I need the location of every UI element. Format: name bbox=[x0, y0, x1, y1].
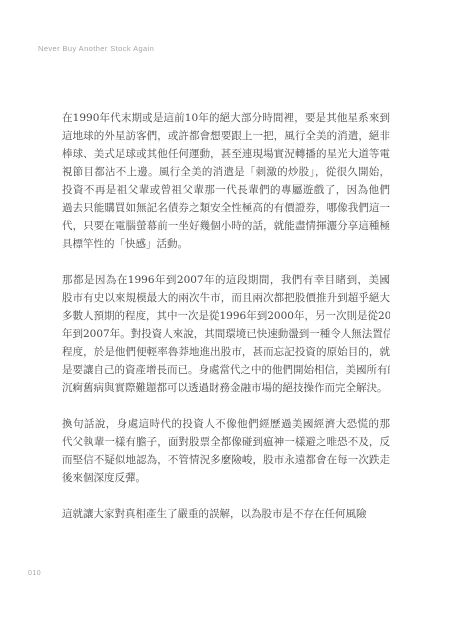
paragraph: 那都是因為在1996年到2007年的這段期間，我們有幸目睹到，美國股市有史以來規… bbox=[62, 271, 390, 397]
text-line: 股市有史以來規模最大的兩次牛市，而且兩次都把股價推升到超乎絕大 bbox=[62, 289, 390, 307]
text-line: 年到2007年。對投資人來說，其間環境已快速動盪到一種令人無法置信的 bbox=[62, 325, 390, 343]
text-line: 在1990年代末期或是這前10年的絕大部分時間裡，要是其他星系來到 bbox=[62, 109, 390, 127]
text-line: 棒球、美式足球或其他任何運動，甚至連現場實況轉播的星光大道等電 bbox=[62, 145, 390, 163]
body-text: 在1990年代末期或是這前10年的絕大部分時間裡，要是其他星系來到這地球的外星訪… bbox=[62, 109, 390, 541]
text-line: 多數人預期的程度，其中一次是從1996年到2000年，另一次則是從2003 bbox=[62, 307, 390, 325]
text-line: 投資不再是祖父輩或曾祖父輩那一代長輩們的專屬遊戲了，因為他們 bbox=[62, 181, 390, 199]
paragraph: 換句話說，身處這時代的投資人不像他們經歷過美國經濟大恐慌的那代父執輩一樣有膽子，… bbox=[62, 415, 390, 487]
text-line: 這就讓大家對真相產生了嚴重的誤解，以為股市是不存在任何風險 bbox=[62, 505, 390, 523]
text-line: 視節目都沾不上邊。風行全美的消遣是「刺激的炒股」，從很久開始， bbox=[62, 163, 390, 181]
text-line: 代，只要在電腦螢幕前一坐好幾個小時的話，就能盡情揮灑分享這種極 bbox=[62, 217, 390, 235]
text-line: 沉痾舊病與實際難題都可以透過財務金融市場的絕技操作而完全解決。 bbox=[62, 379, 390, 397]
text-line: 是要讓自己的資產增長而已。身處當代之中的他們開始相信，美國所有的 bbox=[62, 361, 390, 379]
paragraph: 在1990年代末期或是這前10年的絕大部分時間裡，要是其他星系來到這地球的外星訪… bbox=[62, 109, 390, 253]
paragraph: 這就讓大家對真相產生了嚴重的誤解，以為股市是不存在任何風險 bbox=[62, 505, 390, 523]
book-page: Never Buy Another Stock Again 在1990年代末期或… bbox=[0, 0, 450, 630]
text-line: 具標竿性的「快感」活動。 bbox=[62, 235, 390, 253]
text-line: 代父執輩一樣有膽子，面對股票全都像碰到瘟神一樣避之唯恐不及，反 bbox=[62, 433, 390, 451]
text-line: 換句話說，身處這時代的投資人不像他們經歷過美國經濟大恐慌的那 bbox=[62, 415, 390, 433]
text-line: 過去只能購買如無記名債券之類安全性極高的有價證券，哪像我們這一 bbox=[62, 199, 390, 217]
text-line: 而堅信不疑似地認為，不管情況多麼險峻，股市永遠都會在每一次跌走 bbox=[62, 451, 390, 469]
page-number: 010 bbox=[28, 570, 41, 577]
text-line: 程度，於是他們便輕率魯莽地進出股市，甚而忘記投資的原始目的，就 bbox=[62, 343, 390, 361]
text-line: 那都是因為在1996年到2007年的這段期間，我們有幸目睹到，美國 bbox=[62, 271, 390, 289]
text-line: 這地球的外星訪客們，或許都會想要跟上一把，風行全美的消遣，絕非 bbox=[62, 127, 390, 145]
text-line: 後來個深度反彈。 bbox=[62, 469, 390, 487]
running-header: Never Buy Another Stock Again bbox=[38, 44, 154, 53]
